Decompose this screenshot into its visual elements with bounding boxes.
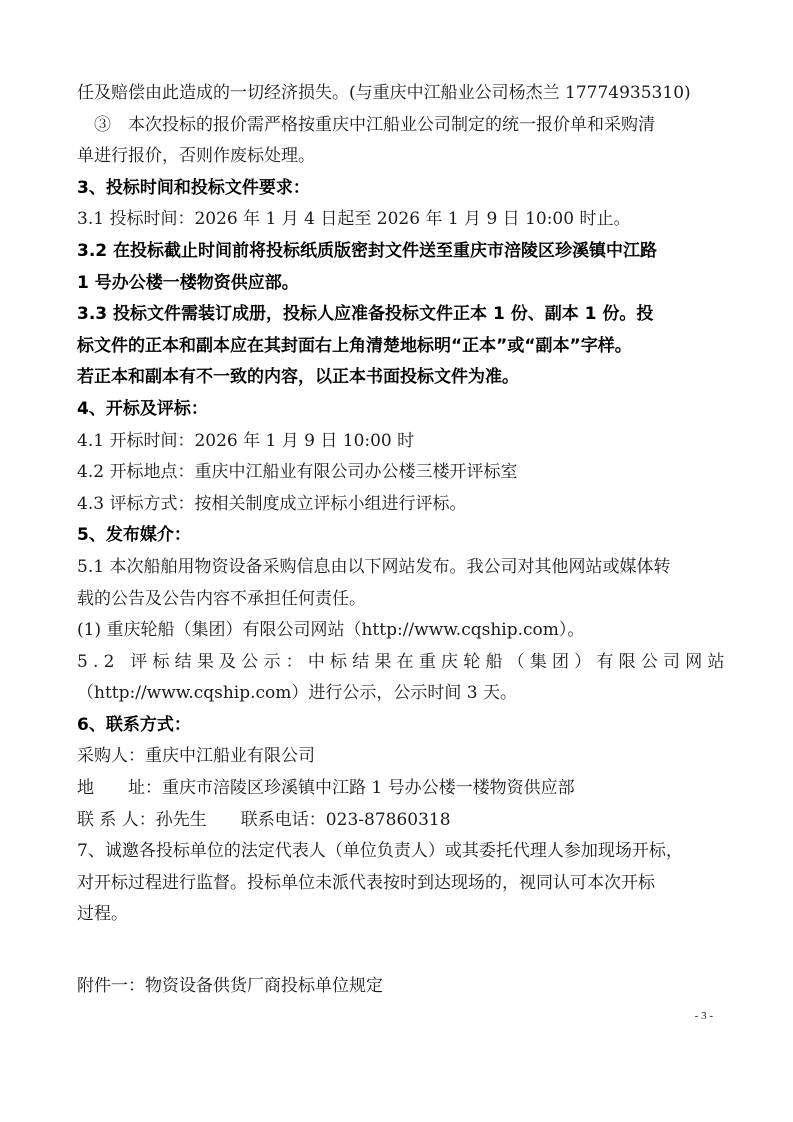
- item-4-2: 4.2 开标地点：重庆中江船业有限公司办公楼三楼开评标室: [77, 457, 719, 489]
- contact-line: 联 系 人：孙先生 联系电话：023-87860318: [77, 805, 719, 837]
- item-5-1-cont: 载的公告及公告内容不承担任何责任。: [77, 584, 719, 616]
- item-5-1: 5.1 本次船舶用物资设备采购信息由以下网站发布。我公司对其他网站或媒体转: [77, 552, 719, 584]
- item-3-2: 3.2 在投标截止时间前将投标纸质版密封文件送至重庆市涪陵区珍溪镇中江路: [77, 236, 719, 268]
- section-heading-5: 5、发布媒介：: [77, 520, 719, 552]
- item-3-3: 3.3 投标文件需装订成册，投标人应准备投标文件正本 1 份、副本 1 份。投: [77, 299, 719, 331]
- section-7-line: 对开标过程进行监督。投标单位未派代表按时到达现场的，视同认可本次开标: [77, 868, 719, 900]
- item-3-1: 3.1 投标时间：2026 年 1 月 4 日起至 2026 年 1 月 9 日…: [77, 204, 719, 236]
- section-7-line: 过程。: [77, 899, 719, 931]
- item-4-3: 4.3 评标方式：按相关制度成立评标小组进行评标。: [77, 489, 719, 521]
- item-3-2-cont: 1 号办公楼一楼物资供应部。: [77, 268, 719, 300]
- paragraph-line: 任及赔偿由此造成的一切经济损失。(与重庆中江船业公司杨杰兰 1777493531…: [77, 78, 719, 110]
- section-heading-4: 4、开标及评标：: [77, 394, 719, 426]
- item-3-3-cont: 若正本和副本有不一致的内容，以正本书面投标文件为准。: [77, 362, 719, 394]
- page-number: - 3 -: [695, 1010, 713, 1022]
- website-item: (1) 重庆轮船（集团）有限公司网站（http://www.cqship.com…: [77, 615, 719, 647]
- blank-line: [77, 931, 719, 963]
- spacer: [77, 963, 719, 971]
- address-line: 地 址：重庆市涪陵区珍溪镇中江路 1 号办公楼一楼物资供应部: [77, 773, 719, 805]
- item-5-2: 5.2 评标结果及公示：中标结果在重庆轮船（集团）有限公司网站: [77, 647, 719, 679]
- item-5-2-cont: （http://www.cqship.com）进行公示，公示时间 3 天。: [77, 678, 719, 710]
- section-heading-6: 6、联系方式：: [77, 710, 719, 742]
- document-page: 任及赔偿由此造成的一切经济损失。(与重庆中江船业公司杨杰兰 1777493531…: [77, 78, 719, 1002]
- item-4-1: 4.1 开标时间：2026 年 1 月 9 日 10:00 时: [77, 426, 719, 458]
- item-3-3-cont: 标文件的正本和副本应在其封面右上角清楚地标明“正本”或“副本”字样。: [77, 331, 719, 363]
- purchaser-line: 采购人：重庆中江船业有限公司: [77, 741, 719, 773]
- paragraph-line: ③ 本次投标的报价需严格按重庆中江船业公司制定的统一报价单和采购清: [77, 110, 719, 142]
- paragraph-line: 单进行报价，否则作废标处理。: [77, 141, 719, 173]
- section-heading-3: 3、投标时间和投标文件要求：: [77, 173, 719, 205]
- attachment-line: 附件一：物资设备供货厂商投标单位规定: [77, 971, 719, 1003]
- section-7-line: 7、诚邀各投标单位的法定代表人（单位负责人）或其委托代理人参加现场开标，: [77, 836, 719, 868]
